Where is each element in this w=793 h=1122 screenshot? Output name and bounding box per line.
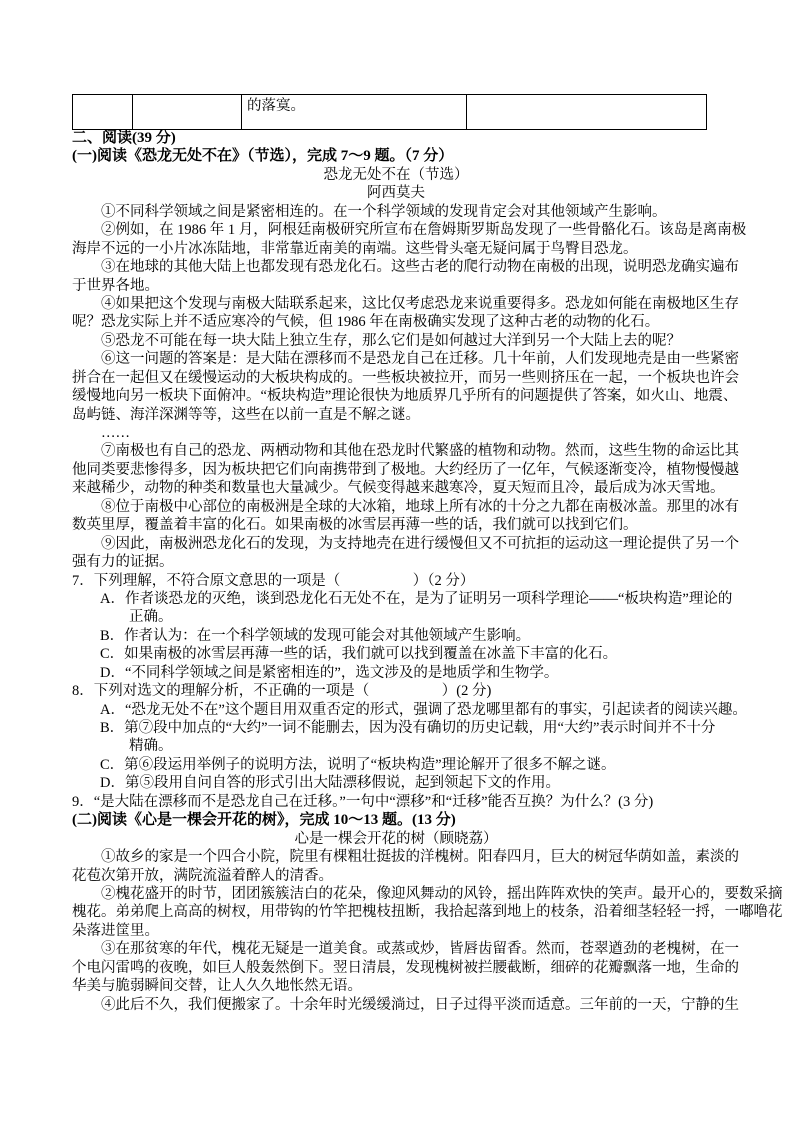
table-fragment: 的落寞。 xyxy=(72,94,707,130)
text-line: 正确。 xyxy=(72,608,720,626)
text-line: 他同类要悲惨得多，因为板块把它们向南携带到了极地。大约经历了一亿年，气候逐渐变冷… xyxy=(72,461,720,479)
text-line: 岛屿链、海洋深渊等等，这些在以前一直是不解之谜。 xyxy=(72,406,720,424)
text-line: 拼合在一起但又在缓慢运动的大板块构成的。一些板块被拉开，而另一些则挤压在一起，一… xyxy=(72,369,720,387)
text-line: ⑥这一问题的答案是：是大陆在漂移而不是恐龙自己在迁移。几十年前，人们发现地壳是由… xyxy=(72,350,720,368)
table-cell-4 xyxy=(467,95,707,130)
text-line: 朵落进筐里。 xyxy=(72,922,720,940)
text-line: ①不同科学领域之间是紧密相连的。在一个科学领域的发现肯定会对其他领域产生影响。 xyxy=(72,203,720,221)
text-line: 槐花。弟弟爬上高高的树杈，用带钩的竹竿把槐枝扭断，我拾起落到地上的枝条，沿着细茎… xyxy=(72,903,720,921)
text-line: ⑧位于南极中心部位的南极洲是全球的大冰箱，地球上所有冰的十分之九都在南极冰盖。那… xyxy=(72,498,720,516)
question-8-option-a: A．“恐龙无处不在”这个题目用双重否定的形式，强调了恐龙哪里都有的事实，引起读者… xyxy=(72,701,720,719)
text-line: ②槐花盛开的时节，团团簇簇洁白的花朵，像迎风舞动的风铃，摇出阵阵欢快的笑声。最开… xyxy=(72,885,720,903)
text-line: 强有力的证据。 xyxy=(72,553,720,571)
question-7-option-b: B．作者认为：在一个科学领域的发现可能会对其他领域产生影响。 xyxy=(72,627,720,645)
passage1-author: 阿西莫夫 xyxy=(72,184,720,202)
document-page: 的落寞。 二、阅读(39 分)(一)阅读《恐龙无处不在》（节选），完成 7～9 … xyxy=(0,0,793,1122)
question-8: 8．下列对选文的理解分析，不正确的一项是（ ）(2 分) xyxy=(72,682,720,700)
text-line: 缓慢地向另一板块下面俯冲。“板块构造”理论很快为地质界几乎所有的问题提供了答案，… xyxy=(72,387,720,405)
question-7: 7．下列理解，不符合原文意思的一项是（ ）（2 分） xyxy=(72,572,720,590)
passage1-title: 恐龙无处不在（节选） xyxy=(72,166,720,184)
question-7-option-c: C．如果南极的冰雪层再薄一些的话，我们就可以找到覆盖在冰盖下丰富的化石。 xyxy=(72,645,720,663)
text-line: ⑨因此，南极洲恐龙化石的发现，为支持地壳在进行缓慢但又不可抗拒的运动这一理论提供… xyxy=(72,535,720,553)
question-8-option-b: B．第⑦段中加点的“大约”一词不能删去，因为没有确切的历史记载，用“大约”表示时… xyxy=(72,719,720,737)
question-8-option-d: D．第⑤段用自问自答的形式引出大陆漂移假说，起到领起下文的作用。 xyxy=(72,774,720,792)
passage2-title: 心是一棵会开花的树（顾晓荔） xyxy=(72,830,720,848)
text-line: ④此后不久，我们便搬家了。十余年时光缓缓淌过，日子过得平淡而适意。三年前的一天，… xyxy=(72,996,720,1014)
document-body-text: 二、阅读(39 分)(一)阅读《恐龙无处不在》（节选），完成 7～9 题。（7 … xyxy=(72,129,720,1014)
passage2-heading: (二)阅读《心是一棵会开花的树》，完成 10～13 题。(13 分) xyxy=(72,811,720,829)
question-7-option-d: D．“不同科学领域之间是紧密相连的”，选文涉及的是地质学和生物学。 xyxy=(72,664,720,682)
text-line: 于世界各地。 xyxy=(72,277,720,295)
text-line: 花苞次第开放，满院流溢着醉人的清香。 xyxy=(72,867,720,885)
table-row: 的落寞。 xyxy=(73,95,707,130)
text-line: ⑦南极也有自己的恐龙、两栖动物和其他在恐龙时代繁盛的植物和动物。然而，这些生物的… xyxy=(72,442,720,460)
passage1-heading: (一)阅读《恐龙无处不在》（节选），完成 7～9 题。（7 分） xyxy=(72,147,720,165)
text-line: 个电闪雷鸣的夜晚，如巨人般轰然倒下。翌日清晨，发现槐树被拦腰截断，细碎的花瓣飘落… xyxy=(72,959,720,977)
table-cell-2 xyxy=(133,95,242,130)
table-cell-1 xyxy=(73,95,133,130)
text-line: ③在那贫寒的年代，槐花无疑是一道美食。或蒸或炒，皆唇齿留香。然而，苍翠遒劲的老槐… xyxy=(72,940,720,958)
dot-emphasized-text: 大约 xyxy=(435,462,464,478)
text-line: ③在地球的其他大陆上也都发现有恐龙化石。这些古老的爬行动物在南极的出现，说明恐龙… xyxy=(72,258,720,276)
question-7-option-a: A．作者谈恐龙的灭绝，谈到恐龙化石无处不在，是为了证明另一项科学理论——“板块构… xyxy=(72,590,720,608)
text-line: 数英里厚，覆盖着丰富的化石。如果南极的冰雪层再薄一些的话，我们就可以找到它们。 xyxy=(72,516,720,534)
text-line: ⑤恐龙不可能在每一块大陆上独立生存，那么它们是如何越过大洋到另一个大陆上去的呢？ xyxy=(72,332,720,350)
text-line: 华美与脆弱瞬间交替，让人久久地怅然无语。 xyxy=(72,977,720,995)
text-line: ①故乡的家是一个四合小院，院里有棵粗壮挺拔的洋槐树。阳春四月，巨大的树冠华荫如盖… xyxy=(72,848,720,866)
text-line: 来越稀少，动物的种类和数量也大量减少。气候变得越来越寒冷，夏天短而且冷，最后成为… xyxy=(72,479,720,497)
text-line: ④如果把这个发现与南极大陆联系起来，这比仅考虑恐龙来说重要得多。恐龙如何能在南极… xyxy=(72,295,720,313)
question-9: 9．“是大陆在漂移而不是恐龙自己在迁移。”一句中“漂移”和“迁移”能否互换？为什… xyxy=(72,793,720,811)
text-line: ②例如，在 1986 年 1 月，阿根廷南极研究所宣布在詹姆斯罗斯岛发现了一些骨… xyxy=(72,221,720,239)
table-cell-3: 的落寞。 xyxy=(242,95,467,130)
text-line: 精确。 xyxy=(72,737,720,755)
question-8-option-c: C．第⑥段运用举例子的说明方法，说明了“板块构造”理论解开了很多不解之谜。 xyxy=(72,756,720,774)
part2-heading: 二、阅读(39 分) xyxy=(72,129,720,147)
text-line: 呢？恐龙实际上并不适应寒冷的气候，但 1986 年在南极确实发现了这种古老的动物… xyxy=(72,313,720,331)
text-line: …… xyxy=(72,424,720,442)
text-line: 海岸不远的一小片冰冻陆地，非常靠近南美的南端。这些骨头毫无疑问属于鸟臀目恐龙。 xyxy=(72,240,720,258)
